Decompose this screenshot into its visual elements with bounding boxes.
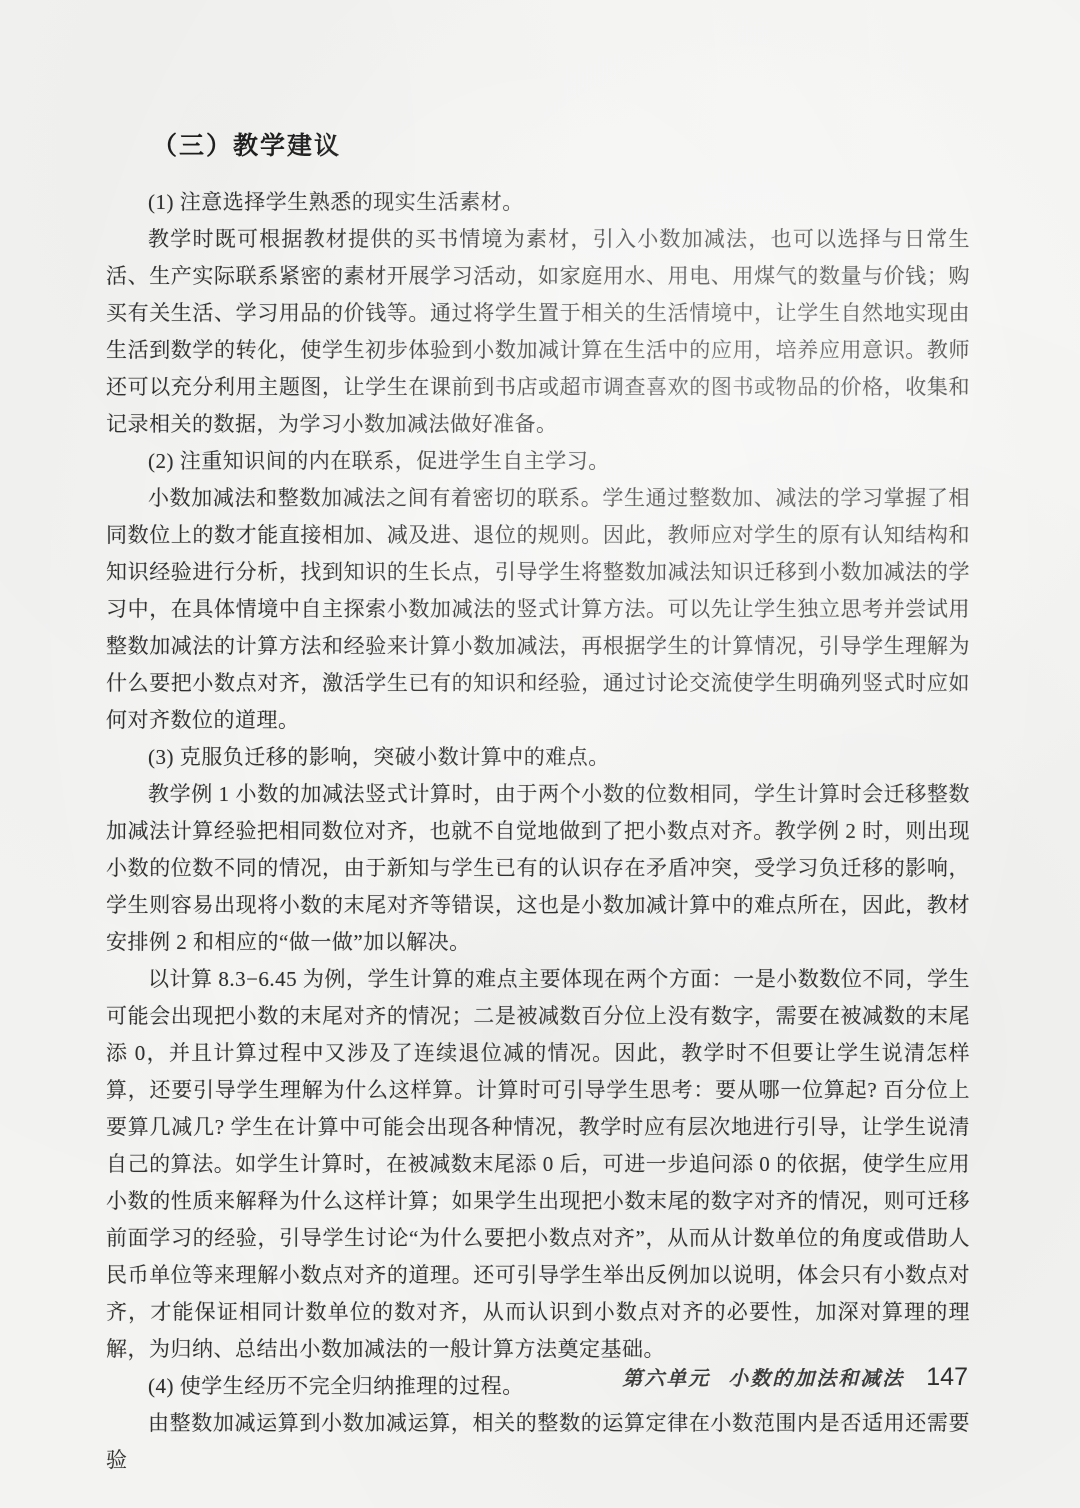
page-footer: 第六单元 小数的加法和减法 147 xyxy=(622,1362,968,1392)
footer-chapter-title: 小数的加法和减法 xyxy=(728,1362,904,1391)
document-page: （三）教学建议 (1) 注意选择学生熟悉的现实生活素材。 教学时既可根据教材提供… xyxy=(0,0,1080,1508)
numbered-point-3: (3) 克服负迁移的影响，突破小数计算中的难点。 xyxy=(106,739,970,776)
section-heading: （三）教学建议 xyxy=(152,130,970,162)
page-number: 147 xyxy=(926,1363,968,1392)
paragraph-materials: 教学时既可根据教材提供的买书情境为素材，引入小数加减法，也可以选择与日常生活、生… xyxy=(106,221,970,443)
paragraph-knowledge-links: 小数加减法和整数加减法之间有着密切的联系。学生通过整数加、减法的学习掌握了相同数… xyxy=(106,480,970,739)
footer-unit-label: 第六单元 xyxy=(622,1362,710,1391)
paragraph-example-teaching: 教学例 1 小数的加减法竖式计算时，由于两个小数的位数相同，学生计算时会迁移整数… xyxy=(106,776,970,961)
numbered-point-1: (1) 注意选择学生熟悉的现实生活素材。 xyxy=(106,184,970,221)
scanned-document: { "page": { "title": "（三）教学建议", "paragra… xyxy=(0,0,1080,1508)
numbered-point-2: (2) 注重知识间的内在联系，促进学生自主学习。 xyxy=(106,443,970,480)
paragraph-calculation-difficulty: 以计算 8.3−6.45 为例，学生计算的难点主要体现在两个方面：一是小数数位不… xyxy=(106,961,970,1368)
paragraph-induction: 由整数加减运算到小数加减运算，相关的整数的运算定律在小数范围内是否适用还需要验 xyxy=(106,1405,970,1479)
